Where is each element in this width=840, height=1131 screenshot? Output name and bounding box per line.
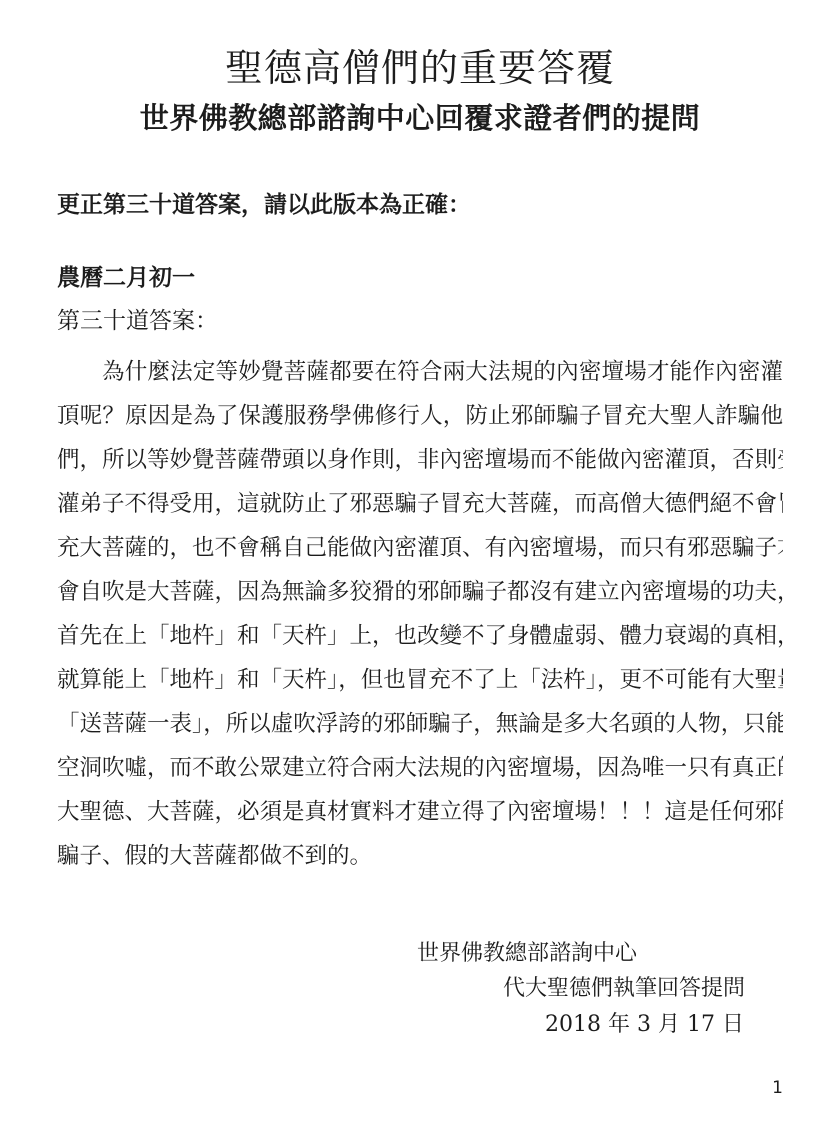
body-line: 們，所以等妙覺菩薩帶頭以身作則，非內密壇場而不能做內密灌頂，否則受 — [57, 438, 783, 482]
correction-notice: 更正第三十道答案，請以此版本為正確： — [57, 188, 471, 222]
body-line: 為什麼法定等妙覺菩薩都要在符合兩大法規的內密壇場才能作內密灌 — [57, 350, 783, 394]
answer-heading: 第三十道答案： — [57, 304, 218, 338]
body-line: 就算能上「地杵」和「天杵」，但也冒充不了上「法杵」，更不可能有大聖量 — [57, 658, 783, 702]
body-line: 充大菩薩的，也不會稱自己能做內密灌頂、有內密壇場，而只有邪惡騙子才 — [57, 526, 783, 570]
body-line: 會自吹是大菩薩，因為無論多狡猾的邪師騙子都沒有建立內密壇場的功夫， — [57, 570, 783, 614]
page-number: 1 — [772, 1078, 783, 1098]
body-line: 空洞吹噓，而不敢公眾建立符合兩大法規的內密壇場，因為唯一只有真正的 — [57, 746, 783, 790]
document-page: 聖德高僧們的重要答覆 世界佛教總部諮詢中心回覆求證者們的提問 更正第三十道答案，… — [0, 0, 840, 1131]
body-line: 首先在上「地杵」和「天杵」上，也改變不了身體虛弱、體力衰竭的真相， — [57, 614, 783, 658]
body-line: 騙子、假的大菩薩都做不到的。 — [57, 834, 783, 878]
document-title: 聖德高僧們的重要答覆 — [0, 42, 840, 94]
signature-date: 2018 年 3 月 17 日 — [545, 1009, 744, 1041]
lunar-date-heading: 農曆二月初一 — [57, 261, 195, 295]
signature-organization: 世界佛教總部諮詢中心 — [417, 938, 637, 970]
body-line: 大聖德、大菩薩，必須是真材實料才建立得了內密壇場！！！這是任何邪師 — [57, 790, 783, 834]
signature-writer-line: 代大聖德們執筆回答提問 — [503, 973, 745, 1005]
answer-body: 為什麼法定等妙覺菩薩都要在符合兩大法規的內密壇場才能作內密灌 頂呢？原因是為了保… — [57, 350, 783, 878]
body-line: 「送菩薩一表」，所以虛吹浮誇的邪師騙子，無論是多大名頭的人物，只能 — [57, 702, 783, 746]
body-line: 灌弟子不得受用，這就防止了邪惡騙子冒充大菩薩，而高僧大德們絕不會冒 — [57, 482, 783, 526]
body-line: 頂呢？原因是為了保護服務學佛修行人，防止邪師騙子冒充大聖人詐騙他 — [57, 394, 783, 438]
document-subtitle: 世界佛教總部諮詢中心回覆求證者們的提問 — [0, 98, 840, 138]
